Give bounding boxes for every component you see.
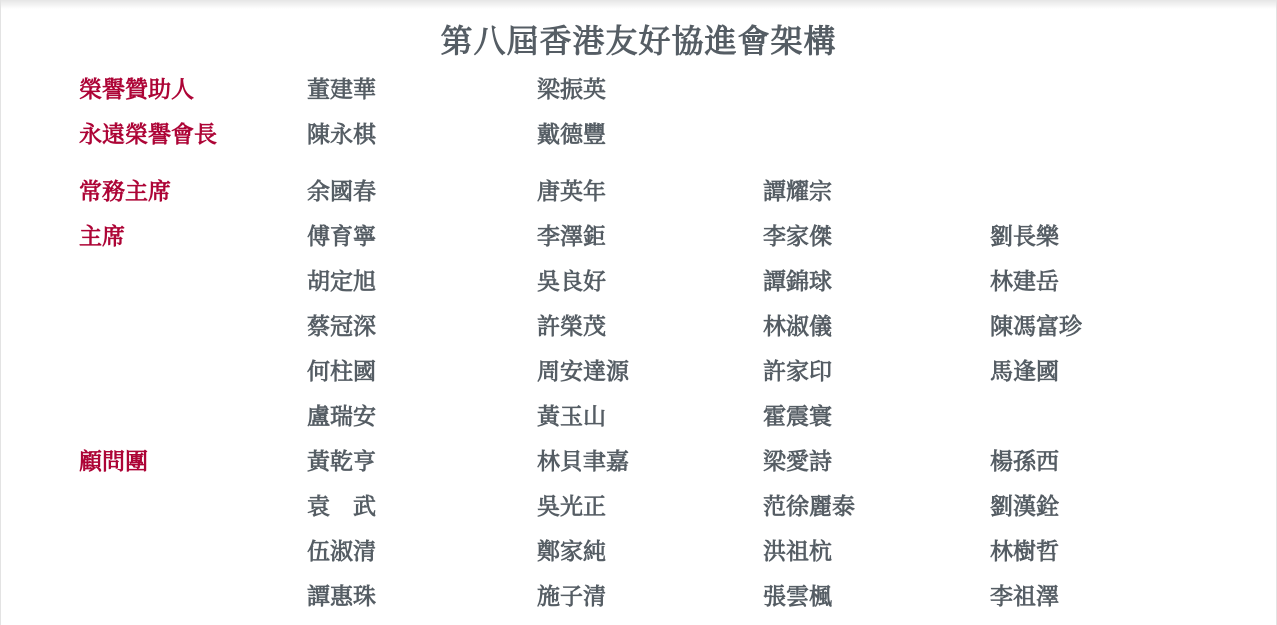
member-name: 譚惠珠: [307, 578, 537, 611]
org-section: 榮譽贊助人董建華梁振英永遠榮譽會長陳永棋戴德豐: [79, 65, 1276, 155]
member-name: 施子清: [537, 578, 763, 611]
member-name: 伍淑清: [307, 533, 537, 566]
table-row: 譚惠珠施子清張雲楓李祖澤: [79, 572, 1276, 617]
member-name: 唐英年: [537, 173, 763, 206]
member-name: 鄭家純: [537, 533, 763, 566]
table-row: 主席傅育寧李澤鉅李家傑劉長樂: [79, 212, 1276, 257]
table-row: 盧瑞安黃玉山霍震寰: [79, 392, 1276, 437]
member-name: 許家印: [763, 353, 990, 386]
member-name: 李澤鉅: [537, 218, 763, 251]
member-name: 周安達源: [537, 353, 763, 386]
member-name: 梁振英: [537, 71, 763, 104]
member-name: 吳良好: [537, 263, 763, 296]
table-row: 胡定旭吳良好譚錦球林建岳: [79, 257, 1276, 302]
member-name: 霍震寰: [763, 398, 990, 431]
role-label: 主席: [79, 218, 307, 251]
member-name: 劉長樂: [990, 218, 1217, 251]
member-name: 陳永棋: [307, 116, 537, 149]
member-name: 袁 武: [307, 488, 537, 521]
member-name: 楊孫西: [990, 443, 1217, 476]
member-name: 馬逢國: [990, 353, 1217, 386]
role-label: 常務主席: [79, 173, 307, 206]
member-name: 劉漢銓: [990, 488, 1217, 521]
member-name: 李祖澤: [990, 578, 1217, 611]
member-name: 余國春: [307, 173, 537, 206]
page-container: 第八屆香港友好協進會架構 榮譽贊助人董建華梁振英永遠榮譽會長陳永棋戴德豐常務主席…: [0, 0, 1277, 625]
table-row: 常務主席余國春唐英年譚耀宗: [79, 167, 1276, 212]
page-title: 第八屆香港友好協進會架構: [1, 0, 1276, 38]
member-name: 李家傑: [763, 218, 990, 251]
member-name: 蔡冠深: [307, 308, 537, 341]
org-section: 顧問團黃乾亨林貝聿嘉梁愛詩楊孫西袁 武吳光正范徐麗泰劉漢銓伍淑清鄭家純洪祖杭林樹…: [79, 437, 1276, 617]
member-name: 林樹哲: [990, 533, 1217, 566]
member-name: 林貝聿嘉: [537, 443, 763, 476]
member-name: 林淑儀: [763, 308, 990, 341]
role-label: 永遠榮譽會長: [79, 116, 307, 149]
member-name: 盧瑞安: [307, 398, 537, 431]
table-row: 蔡冠深許榮茂林淑儀陳馮富珍: [79, 302, 1276, 347]
member-name: 梁愛詩: [763, 443, 990, 476]
member-name: 胡定旭: [307, 263, 537, 296]
member-name: 何柱國: [307, 353, 537, 386]
member-name: 范徐麗泰: [763, 488, 990, 521]
member-name: 吳光正: [537, 488, 763, 521]
member-name: 譚錦球: [763, 263, 990, 296]
member-name: 黃乾亨: [307, 443, 537, 476]
member-name: 陳馮富珍: [990, 308, 1217, 341]
org-section: 常務主席余國春唐英年譚耀宗主席傅育寧李澤鉅李家傑劉長樂胡定旭吳良好譚錦球林建岳蔡…: [79, 167, 1276, 437]
table-row: 伍淑清鄭家純洪祖杭林樹哲: [79, 527, 1276, 572]
member-name: 林建岳: [990, 263, 1217, 296]
member-name: 譚耀宗: [763, 173, 990, 206]
member-name: 戴德豐: [537, 116, 763, 149]
member-name: 董建華: [307, 71, 537, 104]
org-structure-table: 榮譽贊助人董建華梁振英永遠榮譽會長陳永棋戴德豐常務主席余國春唐英年譚耀宗主席傅育…: [1, 65, 1276, 617]
role-label: 榮譽贊助人: [79, 71, 307, 104]
member-name: 許榮茂: [537, 308, 763, 341]
table-row: 永遠榮譽會長陳永棋戴德豐: [79, 110, 1276, 155]
table-row: 袁 武吳光正范徐麗泰劉漢銓: [79, 482, 1276, 527]
member-name: 黃玉山: [537, 398, 763, 431]
member-name: 張雲楓: [763, 578, 990, 611]
member-name: 洪祖杭: [763, 533, 990, 566]
member-name: 傅育寧: [307, 218, 537, 251]
table-row: 何柱國周安達源許家印馬逢國: [79, 347, 1276, 392]
table-row: 榮譽贊助人董建華梁振英: [79, 65, 1276, 110]
role-label: 顧問團: [79, 443, 307, 476]
table-row: 顧問團黃乾亨林貝聿嘉梁愛詩楊孫西: [79, 437, 1276, 482]
